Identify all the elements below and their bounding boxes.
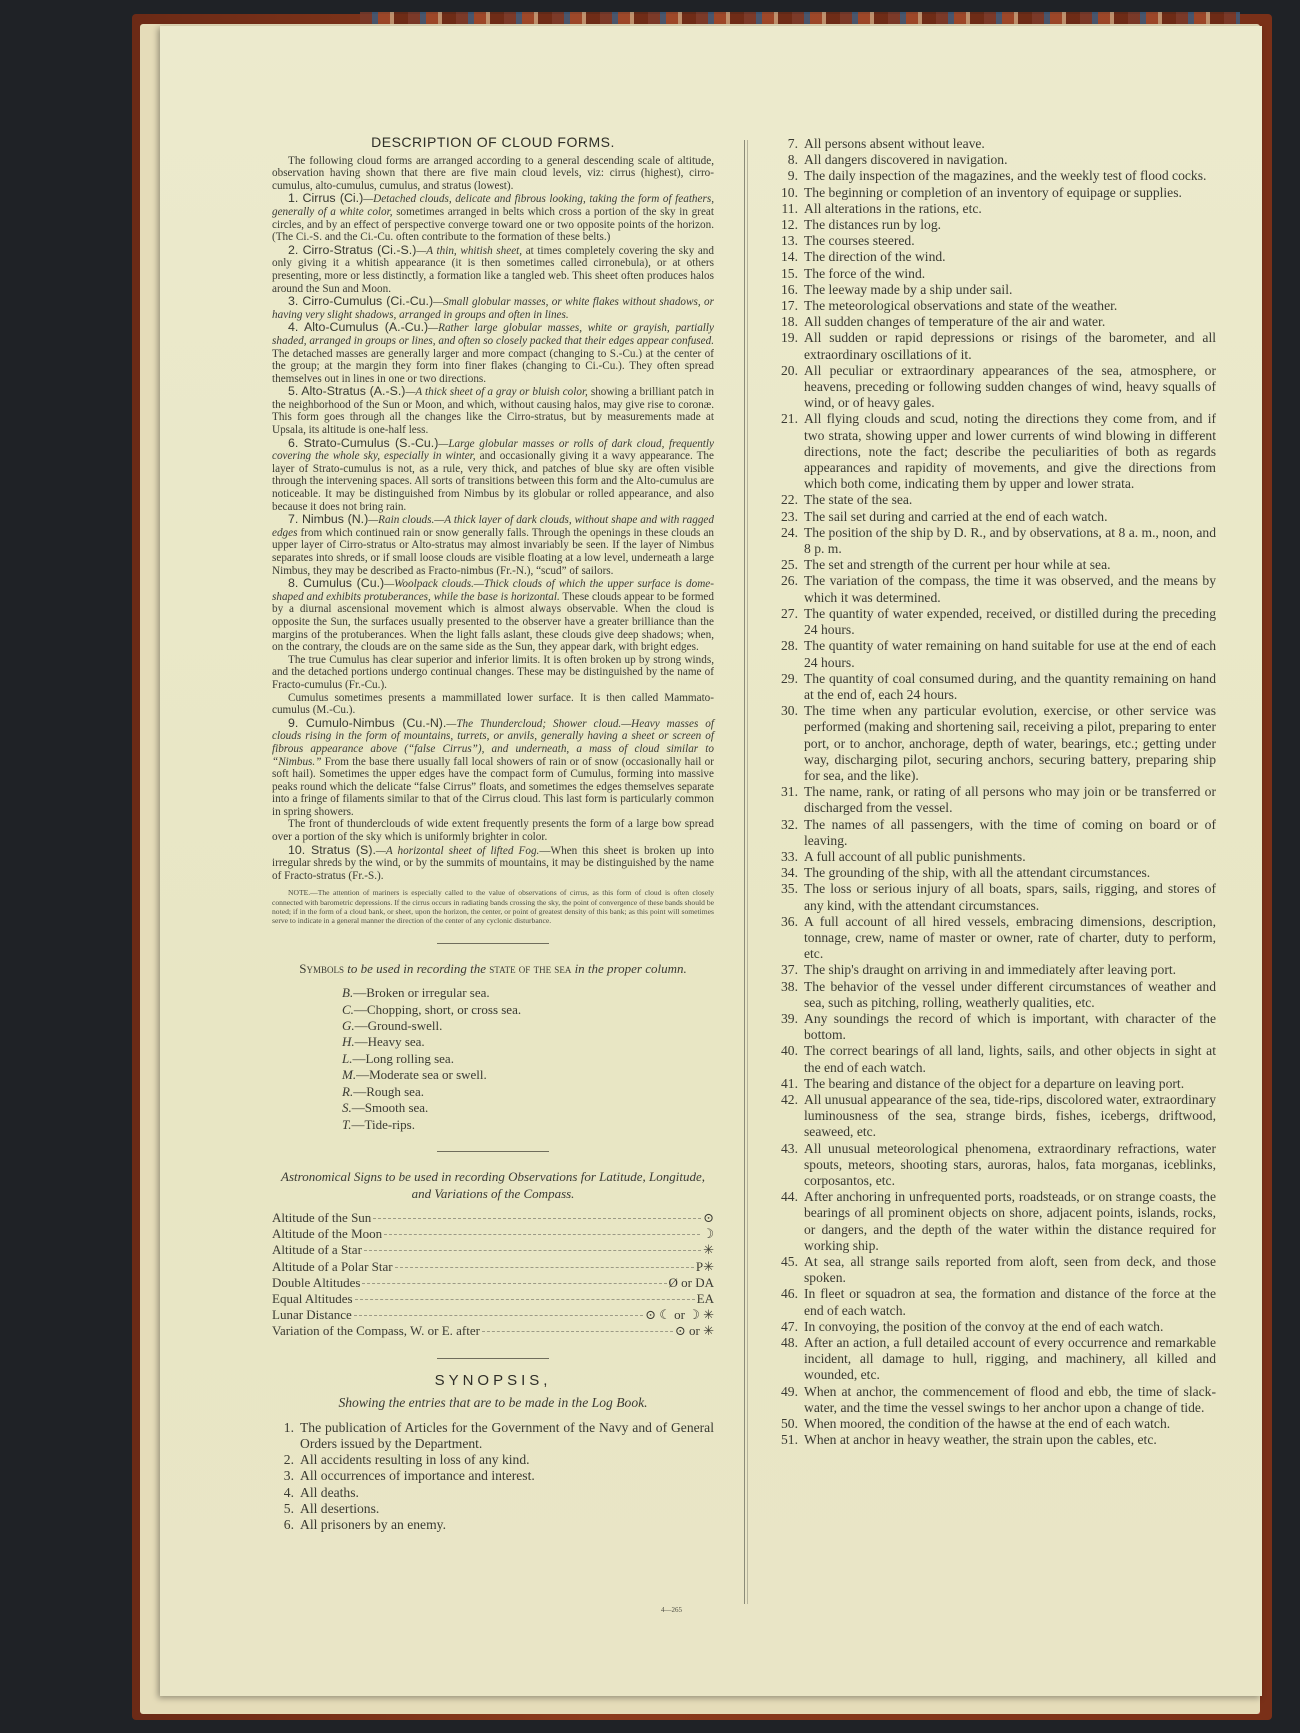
astronomical-sign-row: Altitude of a Polar StarP✳ [272, 1259, 714, 1275]
cloud-entry: 8. Cumulus (Cu.)—Woolpack clouds.—Thick … [272, 577, 714, 654]
astronomical-sign-row: Altitude of the Sun⊙ [272, 1210, 714, 1226]
astronomical-sign-row: Altitude of the Moon☽ [272, 1226, 714, 1242]
log-entry-item: 49.When at anchor, the commencement of f… [776, 1384, 1216, 1416]
log-entry-item: 27.The quantity of water expended, recei… [776, 606, 1216, 638]
log-entry-item: 25.The set and strength of the current p… [776, 557, 1216, 573]
equal-altitude-sign: EA [697, 1291, 714, 1307]
star-sign-icon: ✳ [703, 1242, 714, 1258]
astronomical-sign-row: Double AltitudesØ or DA [272, 1275, 714, 1291]
log-entry-item: 34.The grounding of the ship, with all t… [776, 865, 1216, 881]
sea-symbol-item: G.—Ground-swell. [342, 1018, 714, 1034]
log-entry-item: 28.The quantity of water remaining on ha… [776, 638, 1216, 670]
log-entry-item: 43.All unusual meteorological phenomena,… [776, 1141, 1216, 1190]
log-entry-item: 20.All peculiar or extraordinary appeara… [776, 363, 1216, 412]
cloud-entry: 9. Cumulo-Nimbus (Cu.-N).—The Thunderclo… [272, 717, 714, 819]
log-entry-item: 13.The courses steered. [776, 233, 1216, 249]
log-entry-item: 22.The state of the sea. [776, 492, 1216, 508]
lunar-distance-sign: ⊙ ☾ or ☽ ✳ [645, 1307, 714, 1323]
log-entry-item: 7.All persons absent without leave. [776, 136, 1216, 152]
dot-leader [362, 1283, 666, 1284]
log-entry-item: 16.The leeway made by a ship under sail. [776, 282, 1216, 298]
dot-leader [373, 1218, 701, 1219]
log-entry-item: 12.The distances run by log. [776, 217, 1216, 233]
dot-leader [482, 1331, 673, 1332]
log-entry-item: 30.The time when any particular evolutio… [776, 703, 1216, 784]
sea-symbol-item: S.—Smooth sea. [342, 1100, 714, 1116]
log-entry-item: 50.When moored, the condition of the haw… [776, 1416, 1216, 1432]
section-divider [437, 1151, 549, 1152]
cloud-entry: 10. Stratus (S).—A horizontal sheet of l… [272, 844, 714, 883]
sea-symbol-item: M.—Moderate sea or swell. [342, 1067, 714, 1083]
dot-leader [384, 1234, 700, 1235]
cloud-entry: The front of thunderclouds of wide exten… [272, 818, 714, 843]
dot-leader [395, 1267, 694, 1268]
cloud-entry: 5. Alto-Stratus (A.-S.)—A thick sheet of… [272, 385, 714, 436]
column-divider [744, 140, 745, 1604]
astronomical-sign-row: Lunar Distance⊙ ☾ or ☽ ✳ [272, 1307, 714, 1323]
moon-sign-icon: ☽ [702, 1226, 714, 1242]
cloud-forms-title: DESCRIPTION OF CLOUD FORMS. [272, 136, 714, 149]
astronomical-sign-row: Variation of the Compass, W. or E. after… [272, 1323, 714, 1339]
dot-leader [364, 1250, 701, 1251]
sea-symbol-item: H.—Heavy sea. [342, 1034, 714, 1050]
cloud-entry: 7. Nimbus (N.)—Rain clouds.—A thick laye… [272, 513, 714, 577]
sea-symbol-item: C.—Chopping, short, or cross sea. [342, 1002, 714, 1018]
sea-symbols-list: B.—Broken or irregular sea. C.—Chopping,… [342, 985, 714, 1133]
left-column: DESCRIPTION OF CLOUD FORMS. The followin… [272, 134, 714, 1533]
cloud-entry: Cumulus sometimes presents a mammillated… [272, 692, 714, 717]
mariners-note: NOTE.—The attention of mariners is espec… [272, 888, 714, 925]
log-entry-item: 24.The position of the ship by D. R., an… [776, 525, 1216, 557]
log-entry-item: 38.The behavior of the vessel under diff… [776, 979, 1216, 1011]
log-entry-item: 8.All dangers discovered in navigation. [776, 152, 1216, 168]
cloud-entry: 2. Cirro-Stratus (Ci.-S.)—A thin, whitis… [272, 244, 714, 295]
cloud-entry: 6. Strato-Cumulus (S.-Cu.)—Large globula… [272, 437, 714, 514]
astronomical-sign-row: Equal AltitudesEA [272, 1291, 714, 1307]
cloud-entry: 1. Cirrus (Ci.)—Detached clouds, delicat… [272, 192, 714, 243]
synopsis-item: 1.The publication of Articles for the Go… [272, 1420, 714, 1452]
log-entry-item: 14.The direction of the wind. [776, 249, 1216, 265]
log-entry-item: 45.At sea, all strange sails reported fr… [776, 1254, 1216, 1286]
log-entry-item: 37.The ship's draught on arriving in and… [776, 962, 1216, 978]
log-entry-item: 39.Any soundings the record of which is … [776, 1011, 1216, 1043]
sea-symbols-title: Symbols to be used in recording the stat… [272, 960, 714, 977]
log-entry-item: 9.The daily inspection of the magazines,… [776, 168, 1216, 184]
section-divider [437, 943, 549, 944]
log-entry-item: 19.All sudden or rapid depressions or ri… [776, 330, 1216, 362]
log-entries-list: 7.All persons absent without leave.8.All… [776, 136, 1216, 1448]
dot-leader [355, 1299, 695, 1300]
right-column: 7.All persons absent without leave.8.All… [776, 136, 1216, 1448]
log-entry-item: 31.The name, rank, or rating of all pers… [776, 784, 1216, 816]
sea-symbol-item: B.—Broken or irregular sea. [342, 985, 714, 1001]
sea-symbol-item: R.—Rough sea. [342, 1084, 714, 1100]
page-code: 4—265 [661, 1606, 682, 1614]
sun-sign-icon: ⊙ [703, 1210, 714, 1226]
log-entry-item: 17.The meteorological observations and s… [776, 298, 1216, 314]
log-entry-item: 33.A full account of all public punishme… [776, 849, 1216, 865]
log-entry-item: 35.The loss or serious injury of all boa… [776, 881, 1216, 913]
synopsis-item: 5.All desertions. [272, 1501, 714, 1517]
cloud-entry: 3. Cirro-Cumulus (Ci.-Cu.)—Small globula… [272, 295, 714, 321]
sea-symbol-item: T.—Tide-rips. [342, 1117, 714, 1133]
section-divider [437, 1358, 549, 1359]
log-entry-item: 32.The names of all passengers, with the… [776, 817, 1216, 849]
log-entry-item: 21.All flying clouds and scud, noting th… [776, 411, 1216, 492]
log-entry-item: 23.The sail set during and carried at th… [776, 509, 1216, 525]
synopsis-list: 1.The publication of Articles for the Go… [272, 1420, 714, 1533]
synopsis-title: SYNOPSIS, [272, 1375, 714, 1388]
synopsis-item: 4.All deaths. [272, 1485, 714, 1501]
log-entry-item: 47.In convoying, the position of the con… [776, 1319, 1216, 1335]
log-entry-item: 40.The correct bearings of all land, lig… [776, 1043, 1216, 1075]
log-entry-item: 18.All sudden changes of temperature of … [776, 314, 1216, 330]
cloud-forms-intro: The following cloud forms are arranged a… [272, 155, 714, 193]
log-entry-item: 29.The quantity of coal consumed during,… [776, 671, 1216, 703]
double-altitude-sign: Ø or DA [669, 1275, 715, 1291]
synopsis-item: 6.All prisoners by an enemy. [272, 1517, 714, 1533]
log-entry-item: 51.When at anchor in heavy weather, the … [776, 1432, 1216, 1448]
log-entry-item: 44.After anchoring in unfrequented ports… [776, 1189, 1216, 1254]
log-entry-item: 11.All alterations in the rations, etc. [776, 201, 1216, 217]
dot-leader [354, 1315, 643, 1316]
compass-variation-sign: ⊙ or ✳ [675, 1323, 714, 1339]
log-entry-item: 26.The variation of the compass, the tim… [776, 573, 1216, 605]
synopsis-item: 2.All accidents resulting in loss of any… [272, 1452, 714, 1468]
log-entry-item: 10.The beginning or completion of an inv… [776, 185, 1216, 201]
log-entry-item: 46.In fleet or squadron at sea, the form… [776, 1286, 1216, 1318]
log-entry-item: 42.All unusual appearance of the sea, ti… [776, 1092, 1216, 1141]
log-entry-item: 41.The bearing and distance of the objec… [776, 1076, 1216, 1092]
log-entry-item: 15.The force of the wind. [776, 266, 1216, 282]
sea-symbol-item: L.—Long rolling sea. [342, 1051, 714, 1067]
synopsis-item: 3.All occurrences of importance and inte… [272, 1468, 714, 1484]
astronomical-signs-title: Astronomical Signs to be used in recordi… [272, 1168, 714, 1202]
astronomical-sign-row: Altitude of a Star✳ [272, 1242, 714, 1258]
cloud-entry: 4. Alto-Cumulus (A.-Cu.)—Rather large gl… [272, 321, 714, 385]
log-entry-item: 48.After an action, a full detailed acco… [776, 1335, 1216, 1384]
log-entry-item: 36.A full account of all hired vessels, … [776, 914, 1216, 963]
cloud-entry: The true Cumulus has clear superior and … [272, 654, 714, 692]
astronomical-signs-list: Altitude of the Sun⊙ Altitude of the Moo… [272, 1210, 714, 1340]
synopsis-subtitle: Showing the entries that are to be made … [272, 1397, 714, 1410]
polar-star-sign-icon: P✳ [696, 1259, 714, 1275]
cloud-list: 1. Cirrus (Ci.)—Detached clouds, delicat… [272, 192, 714, 882]
